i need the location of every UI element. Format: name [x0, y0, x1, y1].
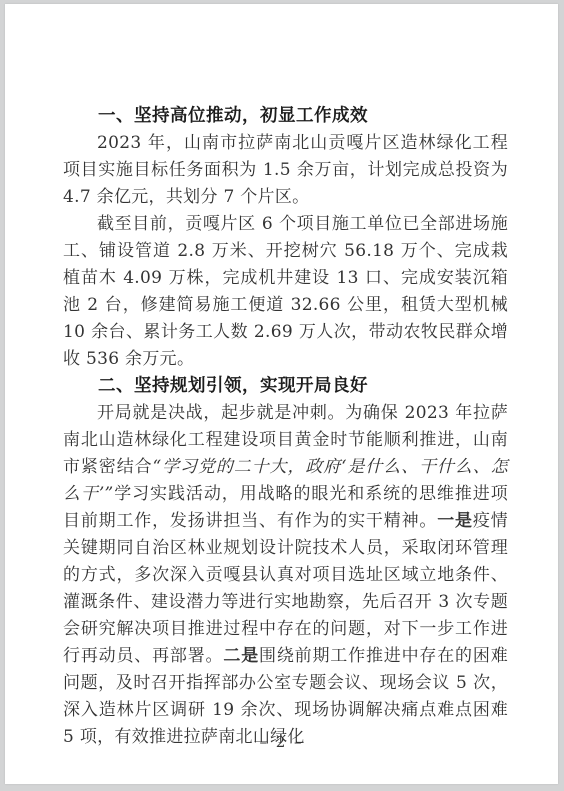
list-marker-second: 二是: [223, 646, 259, 666]
document-content: 一、坚持高位推动，初显工作成效 2023 年，山南市拉萨南北山贡嘎片区造林绿化工…: [63, 103, 508, 751]
section-1-heading: 一、坚持高位推动，初显工作成效: [63, 103, 508, 130]
text-segment-first-item: 疫情关键期同自治区林业规划设计院技术人员，采取闭环管理的方式，多次深入贡嘎县认真…: [63, 511, 508, 666]
section-2-paragraph-1: 开局就是决战，起步就是冲刺。为确保 2023 年拉萨南北山造林绿化工程建设项目黄…: [63, 400, 508, 751]
list-marker-first: 一是: [437, 511, 473, 531]
section-1-paragraph-2: 截至目前，贡嘎片区 6 个项目施工单位已全部进场施工、铺设管道 2.8 万米、开…: [63, 211, 508, 373]
page-number: – 2 –: [5, 733, 558, 751]
section-2-heading: 二、坚持规划引领，实现开局良好: [63, 373, 508, 400]
section-1-paragraph-1: 2023 年，山南市拉萨南北山贡嘎片区造林绿化工程项目实施目标任务面积为 1.5…: [63, 130, 508, 211]
document-page: 一、坚持高位推动，初显工作成效 2023 年，山南市拉萨南北山贡嘎片区造林绿化工…: [5, 4, 558, 784]
